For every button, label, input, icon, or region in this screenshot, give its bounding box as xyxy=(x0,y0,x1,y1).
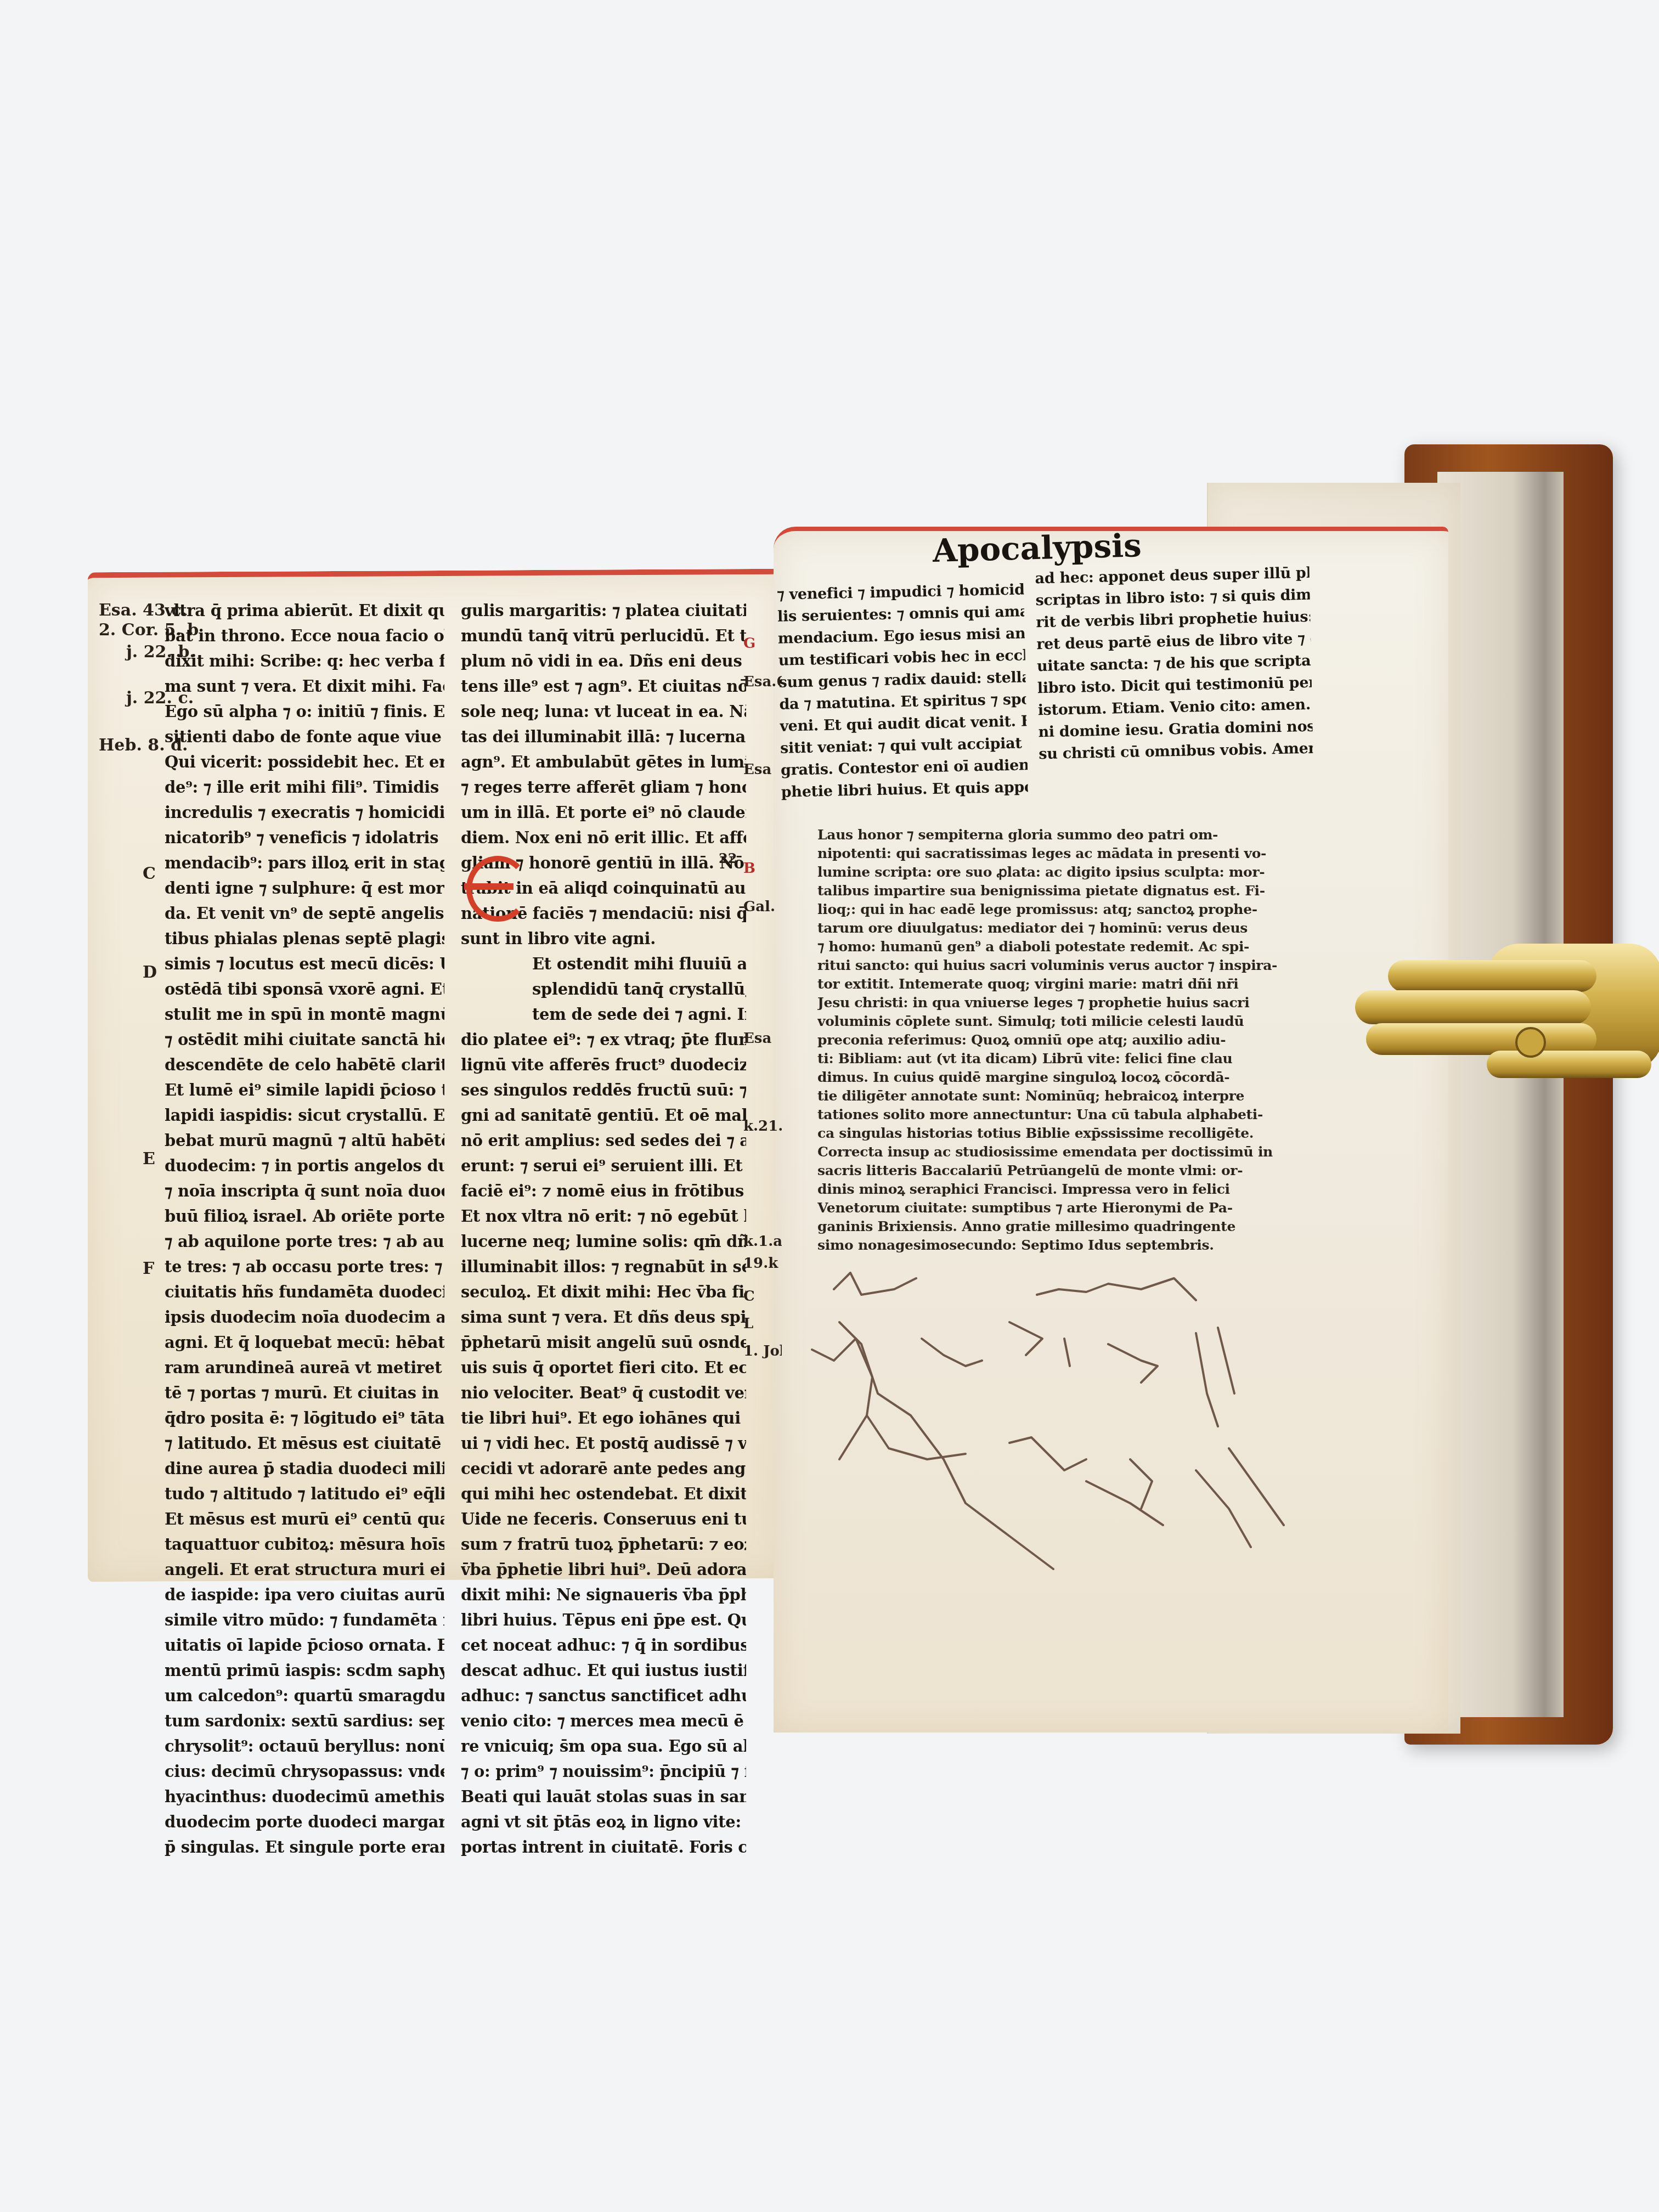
text-line: sacris litteris Baccalariū Petrūangelū d… xyxy=(817,1161,1300,1180)
text-line: preconia referimus: Quoꝝ omniū ope atq; … xyxy=(817,1031,1300,1049)
margin-note: Gal. xyxy=(743,894,775,919)
text-line: sitienti dabo de fonte aque viue gratis. xyxy=(165,724,444,749)
text-line: simis ⁊ locutus est mecū dicēs: Ueni ⁊ xyxy=(165,951,444,977)
chapter-number: 22 xyxy=(719,846,737,871)
text-line: tum sardonix: sextū sardius: septimum xyxy=(165,1708,444,1734)
text-line: cecidi vt adorarē ante pedes angeli xyxy=(461,1456,746,1481)
text-line: Laus honor ⁊ sempiterna gloria summo deo… xyxy=(817,826,1300,844)
margin-note: L xyxy=(743,1311,753,1336)
text-line: cet noceat adhuc: ⁊ q̄ in sordibus est: … xyxy=(461,1633,746,1658)
text-line: talibus impartire sua benignissima pieta… xyxy=(817,882,1300,900)
decorated-initial-e xyxy=(466,856,529,922)
margin-letter: F xyxy=(143,1256,154,1282)
text-line: tem de sede dei ⁊ agni. In me- xyxy=(461,1002,746,1027)
text-line: tarum ore diuulgatus: mediator dei ⁊ hom… xyxy=(817,919,1300,938)
margin-note: k.21.a. xyxy=(743,1114,782,1139)
text-line: venio cito: ⁊ merces mea mecū ē redde- xyxy=(461,1708,746,1734)
text-line: ma sunt ⁊ vera. Et dixit mihi. Factū est xyxy=(165,674,444,699)
text-line: ⁊ homo: humanū gen⁹ a diaboli potestate … xyxy=(817,938,1300,956)
text-line: incredulis ⁊ execratis ⁊ homicidis ⁊ for xyxy=(165,800,444,825)
text-line: p̄ singulas. Et singule porte erant ex s… xyxy=(165,1835,444,1860)
margin-note: Esa xyxy=(743,1026,771,1051)
ink-scribbles xyxy=(801,1251,1306,1591)
text-line: tie diligēter annotate sunt: Nominūq; he… xyxy=(817,1087,1300,1105)
text-line: te tres: ⁊ ab occasu porte tres: ⁊ murus xyxy=(165,1254,444,1279)
text-line: ⁊ ab aquilone porte tres: ⁊ ab austro po… xyxy=(165,1229,444,1254)
text-line: ciuitatis hñs fundamēta duodecim: ⁊ in xyxy=(165,1279,444,1305)
text-line: lioq;: qui in hac eadē lege promissus: a… xyxy=(817,900,1300,919)
text-line: illuminabit illos: ⁊ regnabūt in secula xyxy=(461,1254,746,1279)
text-line: plum nō vidi in ea. Dñs eni deus oipo xyxy=(461,648,746,674)
text-line: dixit mihi: Scribe: q: hec verba fidelis… xyxy=(165,648,444,674)
text-line: mendacib⁹: pars illoꝝ erit in stagno ar xyxy=(165,850,444,876)
margin-letter: E xyxy=(143,1147,155,1172)
text-line: uitatis oī lapide p̄cioso ornata. Et fūd… xyxy=(165,1633,444,1658)
text-line: Qui vicerit: possidebit hec. Et ero illi xyxy=(165,749,444,775)
text-line: ostēdā tibi sponsā vxorē agni. Et su xyxy=(165,977,444,1002)
text-line: Jesu christi: in qua vniuerse leges ⁊ pr… xyxy=(817,994,1300,1012)
text-line: dio platee ei⁹: ⁊ ex vtraq; p̄te flumini… xyxy=(461,1027,746,1052)
text-line: ⁊ noīa inscripta q̄ sunt noīa duodecim t… xyxy=(165,1178,444,1204)
text-line: faciē ei⁹: ⁊ nomē eius in frōtibus eoꝝ. xyxy=(461,1178,746,1204)
text-line: splendidū tanq̄ crystallū, p̄cedē xyxy=(461,977,746,1002)
colophon: Laus honor ⁊ sempiterna gloria summo deo… xyxy=(817,826,1300,1255)
text-line: Uide ne feceris. Conseruus eni tu⁹ xyxy=(461,1506,746,1532)
text-line: lumine scripta: ore suo ꝓlata: ac digito… xyxy=(817,863,1300,882)
text-line: ti: Bibliam: aut (vt ita dicam) Librū vi… xyxy=(817,1049,1300,1068)
text-line: sole neq; luna: vt luceat in ea. Nā clar… xyxy=(461,699,746,724)
text-line: descat adhuc. Et qui iustus iustificet xyxy=(461,1658,746,1683)
text-line: nō erit amplius: sed sedes dei ⁊ agni il… xyxy=(461,1128,746,1153)
text-line: da. Et venit vn⁹ de septē angelis habē xyxy=(165,901,444,926)
text-line: erunt: ⁊ serui ei⁹ seruient illi. Et vid… xyxy=(461,1153,746,1178)
text-line: ipsis duodecim noīa duodecim aplōꝝ ⁊ xyxy=(165,1305,444,1330)
text-line: voluminis cōplete sunt. Simulq; toti mil… xyxy=(817,1012,1300,1031)
margin-letter: C xyxy=(143,861,156,887)
text-line: um calcedon⁹: quartū smaragdus: qn xyxy=(165,1683,444,1708)
right-page-column-1: ⁊ venefici ⁊ impudici ⁊ homicide ⁊ ido-l… xyxy=(777,579,1028,803)
text-line: simile vitro mūdo: ⁊ fundamēta muri ci xyxy=(165,1607,444,1633)
text-line: gulis margaritis: ⁊ platea ciuitatis aur… xyxy=(461,598,746,623)
text-line: tationes solito more annectuntur: Una cū… xyxy=(817,1105,1300,1124)
text-line: vltra q̄ prima abierūt. Et dixit qui sed… xyxy=(165,598,444,623)
text-line: buū filioꝝ israel. Ab oriēte porte tres: xyxy=(165,1204,444,1229)
text-line: tens ille⁹ est ⁊ agn⁹. Et ciuitas nō ege… xyxy=(461,674,746,699)
text-line: libri huius. Tēpus eni p̄pe est. Qui no xyxy=(461,1607,746,1633)
text-line: ram arundineā aureā vt metiret ciuita xyxy=(165,1355,444,1380)
text-line: v̄ba p̄phetie libri hui⁹. Deū adora. Et xyxy=(461,1557,746,1582)
text-line: ⁊ o: prim⁹ ⁊ nouissim⁹: p̄ncipiū ⁊ finis… xyxy=(461,1759,746,1784)
text-line: ses singulos reddēs fructū suū: ⁊ folia … xyxy=(461,1077,746,1103)
margin-note: 1. Job xyxy=(743,1339,782,1364)
text-line: uis suis q̄ oportet fieri cito. Et ecce … xyxy=(461,1355,746,1380)
right-page-gutter-notes: G Esa.6 Esa B Gal. Esa k.21.a. k.1.a. 19… xyxy=(743,631,782,1399)
text-line: qui mihi hec ostendebat. Et dixit mihi: xyxy=(461,1481,746,1506)
margin-note: B xyxy=(743,856,755,881)
margin-note: Esa xyxy=(743,757,771,782)
text-line: tor extitit. Intemerate quoq; virgini ma… xyxy=(817,975,1300,994)
text-line: cius: decimū chrysopassus: vndecimum xyxy=(165,1759,444,1784)
brass-hand-page-clip xyxy=(1350,922,1659,1103)
margin-note: G xyxy=(743,631,755,656)
text-line: nipotenti: qui sacratissimas leges ac mā… xyxy=(817,844,1300,863)
text-line: ⁊ latitudo. Et mēsus est ciuitatē de aru xyxy=(165,1431,444,1456)
text-line: ganinis Brixiensis. Anno gratie millesim… xyxy=(817,1217,1300,1236)
text-line: diem. Nox eni nō erit illic. Et afferent xyxy=(461,825,746,850)
right-page-column-2: ad hec: apponet deus super illū plagassc… xyxy=(1035,562,1313,765)
text-line: Et mēsus est murū ei⁹ centū quadragi xyxy=(165,1506,444,1532)
text-line: Ego sū alpha ⁊ o: initiū ⁊ finis. Ego xyxy=(165,699,444,724)
text-line: Et ostendit mihi fluuiū aq̄ viue xyxy=(461,951,746,977)
text-line: duodecim porte duodeci margarite sunt xyxy=(165,1809,444,1835)
margin-note: Esa.6 xyxy=(743,669,782,695)
text-line: tudo ⁊ altitudo ⁊ latitudo ei⁹ eq̄lia sū… xyxy=(165,1481,444,1506)
text-line: gni ad sanitatē gentiū. Et oē maledictū xyxy=(461,1103,746,1128)
left-page-column-1: vltra q̄ prima abierūt. Et dixit qui sed… xyxy=(165,598,444,1860)
text-line: tibus phialas plenas septē plagis noui xyxy=(165,926,444,951)
margin-letter: D xyxy=(143,960,157,985)
text-line: lignū vite afferēs fruct⁹ duodeciz p̄ mē xyxy=(461,1052,746,1077)
text-line: dinis minoꝝ seraphici Francisci. Impress… xyxy=(817,1180,1300,1199)
photo-scene: Esa. 43 c. 2. Cor. 5. b j. 22. b. j. 22.… xyxy=(0,0,1659,2212)
text-line: angeli. Et erat structura muri ei⁹ ex la… xyxy=(165,1557,444,1582)
text-line: nio velociter. Beat⁹ q̄ custodit verba p… xyxy=(461,1380,746,1406)
text-line: taquattuor cubitoꝝ: mēsura hoīs q̄ est xyxy=(165,1532,444,1557)
text-line: agni. Et q̄ loquebat mecū: hēbat mēsu xyxy=(165,1330,444,1355)
text-line: portas intrent in ciuitatē. Foris canes xyxy=(461,1835,746,1860)
text-line: descendēte de celo habētē claritatē dei. xyxy=(165,1052,444,1077)
text-line: duodecim: ⁊ in portis angelos duodeci. xyxy=(165,1153,444,1178)
text-line: dine aurea p̄ stadia duodeci milia: ⁊ lō… xyxy=(165,1456,444,1481)
text-line: re vnicuiq; s̄m opa sua. Ego sū alpha xyxy=(461,1734,746,1759)
text-line: ui ⁊ vidi hec. Et postq̄ audissē ⁊ vidis… xyxy=(461,1431,746,1456)
margin-note: 19.k xyxy=(743,1251,778,1276)
text-line: bebat murū magnū ⁊ altū habētē portas xyxy=(165,1128,444,1153)
text-line: agn⁹. Et ambulabūt gētes in lumie ei⁹: xyxy=(461,749,746,775)
text-line: um in illā. Et porte ei⁹ nō claudent p̄ xyxy=(461,800,746,825)
text-line: Venetorum ciuitate: sumptibus ⁊ arte Hie… xyxy=(817,1199,1300,1217)
text-line: ritui sancto: qui huius sacri voluminis … xyxy=(817,956,1300,975)
left-page-column-2: gulis margaritis: ⁊ platea ciuitatis aur… xyxy=(461,598,746,1860)
text-line: Et lumē ei⁹ simile lapidi p̄cioso tanq̄ xyxy=(165,1077,444,1103)
text-line: adhuc: ⁊ sanctus sanctificet adhuc. Ecce xyxy=(461,1683,746,1708)
text-line: ⁊ ostēdit mihi ciuitate sanctā hierusalē xyxy=(165,1027,444,1052)
text-line: stulit me in spū in montē magnū ⁊ altū xyxy=(165,1002,444,1027)
text-line: sum ⁊ fratrū tuoꝝ p̄phetarū: ⁊ eoꝝ q̄ se… xyxy=(461,1532,746,1557)
text-line: denti igne ⁊ sulphure: q̄ est mors secū xyxy=(165,876,444,901)
text-line: nicatorib⁹ ⁊ veneficis ⁊ idolatris ⁊ oīb… xyxy=(165,825,444,850)
text-line: dixit mihi: Ne signaueris v̄ba p̄phetie xyxy=(461,1582,746,1607)
text-line: sunt in libro vite agni. xyxy=(461,926,746,951)
text-line: lucerne neq; lumine solis: qm̄ dñs deus xyxy=(461,1229,746,1254)
margin-note: C xyxy=(743,1284,755,1309)
text-line: chrysolit⁹: octauū beryllus: nonū topa xyxy=(165,1734,444,1759)
text-line: sima sunt ⁊ vera. Et dñs deus spiritum xyxy=(461,1305,746,1330)
text-line: lapidi iaspidis: sicut crystallū. Et ha xyxy=(165,1103,444,1128)
text-line: tas dei illuminabit illā: ⁊ lucerna ei⁹ … xyxy=(461,724,746,749)
text-line: tie libri hui⁹. Et ego iohānes qui audi- xyxy=(461,1406,746,1431)
text-line: ca singulas historias totius Biblie exp̄… xyxy=(817,1124,1300,1143)
text-line: seculoꝝ. Et dixit mihi: Hec v̄ba fidelis xyxy=(461,1279,746,1305)
running-title: Apocalypsis xyxy=(932,527,1142,569)
text-line: de iaspide: ipa vero ciuitas aurū mundū: xyxy=(165,1582,444,1607)
text-line: hyacinthus: duodecimū amethistus. Et xyxy=(165,1784,444,1809)
text-line: Correcta insup ac studiosissime emendata… xyxy=(817,1143,1300,1161)
text-line: q̄dro posita ē: ⁊ lōgitudo ei⁹ tāta ē q̄… xyxy=(165,1406,444,1431)
text-line: agni vt sit p̄tās eoꝝ in ligno vite: ⁊ p… xyxy=(461,1809,746,1835)
text-line: tē ⁊ portas ⁊ murū. Et ciuitas in xyxy=(165,1380,444,1406)
text-line: mundū tanq̄ vitrū perlucidū. Et tem- xyxy=(461,623,746,648)
text-line: mentū primū iaspis: scdm saphyr⁹: terti xyxy=(165,1658,444,1683)
text-line: ⁊ reges terre afferēt gliam ⁊ honorē su xyxy=(461,775,746,800)
text-line: p̄phetarū misit angelū suū osndere ser- xyxy=(461,1330,746,1355)
text-line: Et nox vltra nō erit: ⁊ nō egebūt lumine xyxy=(461,1204,746,1229)
text-line: dimus. In cuius quidē margine singuloꝝ l… xyxy=(817,1068,1300,1087)
text-line: bat in throno. Ecce noua facio oīa. Et xyxy=(165,623,444,648)
text-line: Beati qui lauāt stolas suas in sanguine xyxy=(461,1784,746,1809)
text-line: de⁹: ⁊ ille erit mihi fili⁹. Timidis aūt… xyxy=(165,775,444,800)
